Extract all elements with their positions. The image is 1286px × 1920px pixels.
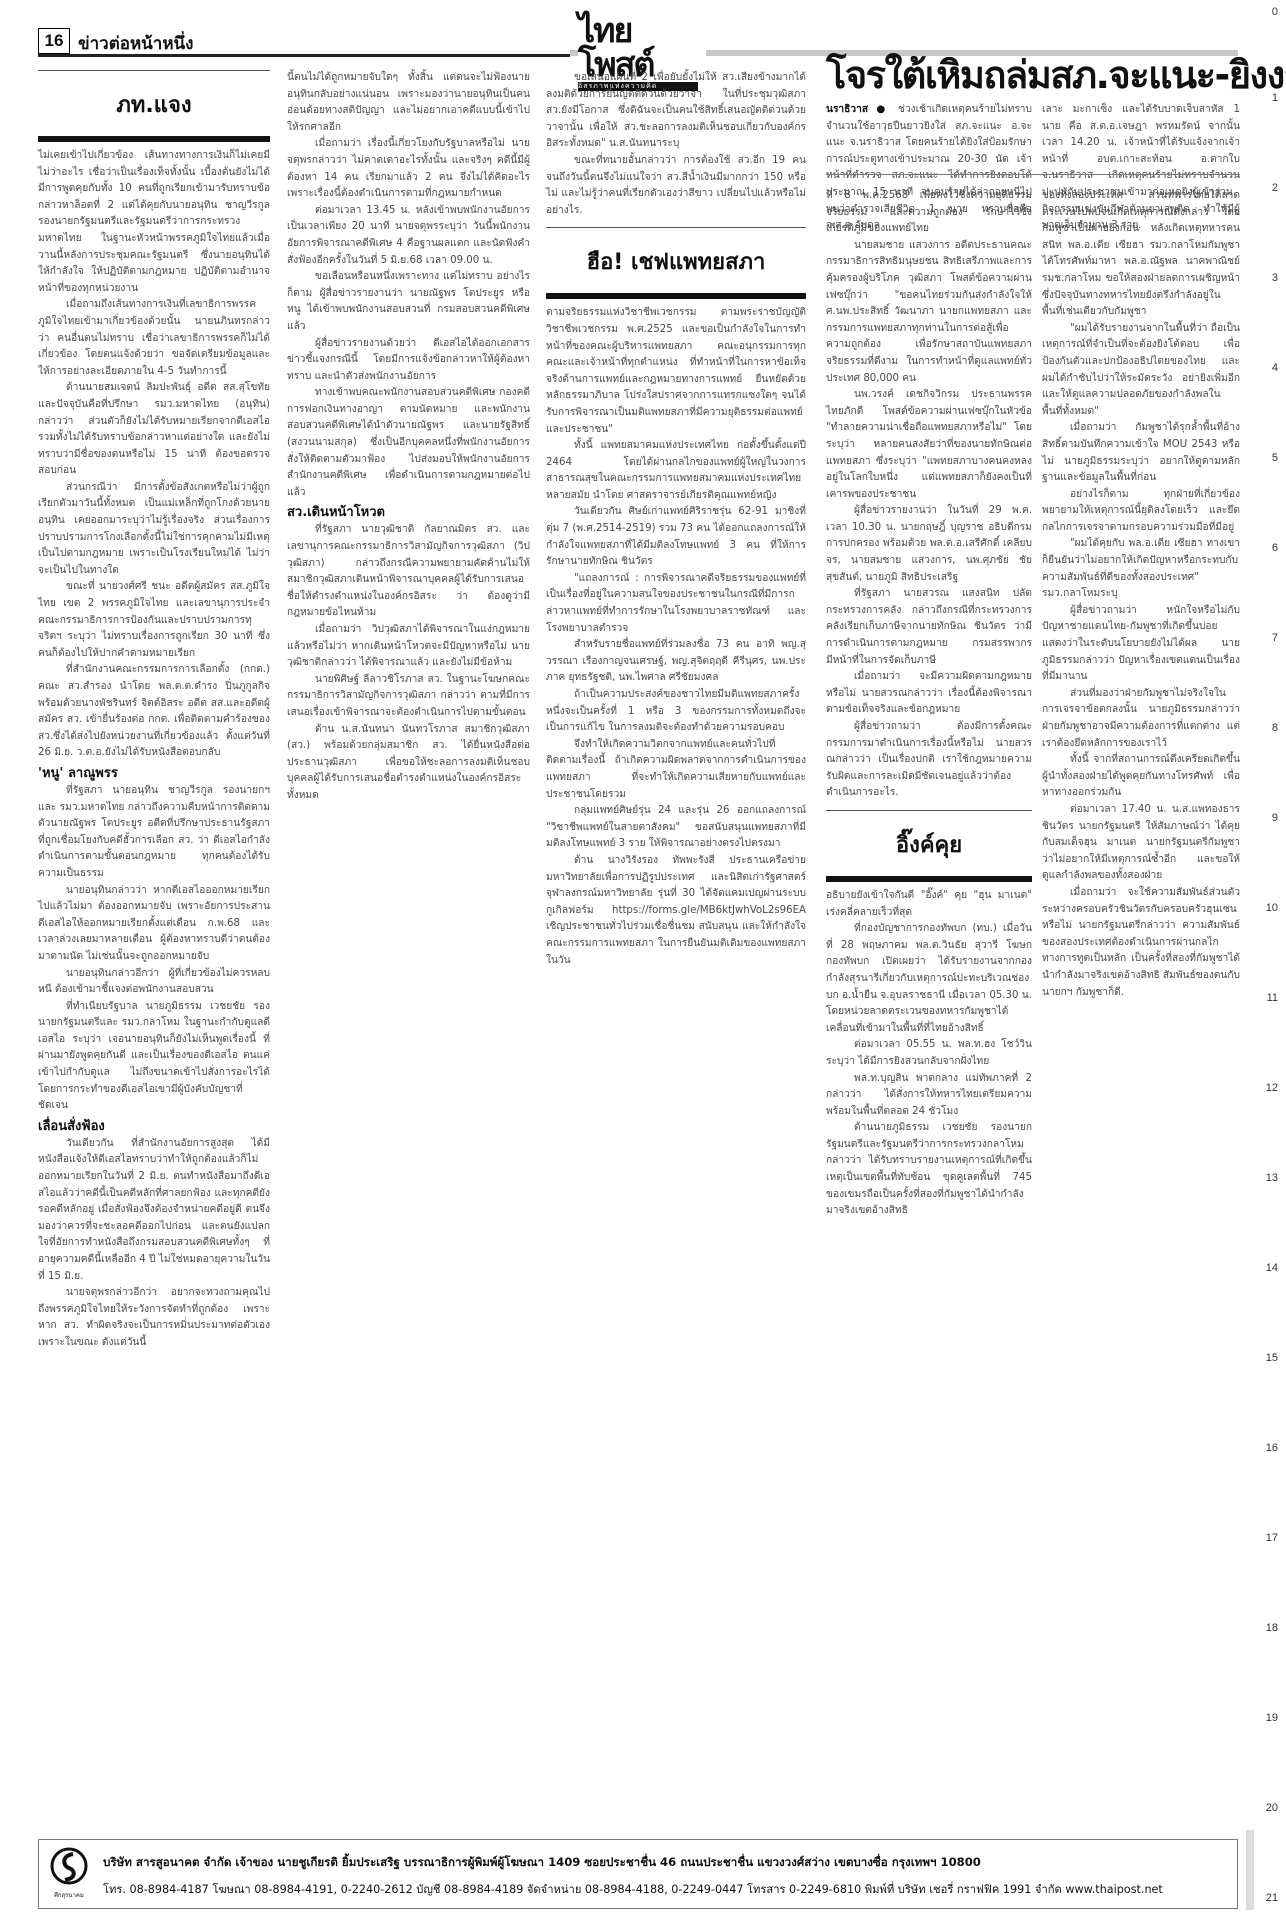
ruler-mark: 7: [1272, 632, 1278, 644]
article-paragraph: ต่อมาเวลา 05.55 น. พล.ท.ฮง โชว์วิน ระบุว…: [826, 1037, 1032, 1070]
article-paragraph: ต่อมาเวลา 17.40 น. น.ส.แพทองธาร ชินวัตร …: [1042, 802, 1240, 885]
ruler-mark: 20: [1266, 1802, 1278, 1814]
article-paragraph: ด้าน น.ส.นันทนา นันทวโรภาส สมาชิกวุฒิสภา…: [287, 722, 530, 805]
article-paragraph: ส่วนที่มองว่าฝ่ายกัมพูชาไม่จริงใจในการเจ…: [1042, 686, 1240, 752]
article-paragraph: ด้านนายภูมิธรรม เวชยชัย รองนายกรัฐมนตรีแ…: [826, 1120, 1032, 1220]
box-title: ภท.แจง: [38, 75, 270, 136]
newspaper-page: 16 ข่าวต่อหน้าหนึ่ง ไทยโพสต์ อิสรภาพแห่ง…: [0, 0, 1240, 1920]
subheading: สว.เดินหน้าโหวต: [287, 501, 530, 522]
article-paragraph: ต่อมาเวลา 13.45 น. หลังเข้าพบพนักงานอัยก…: [287, 203, 530, 269]
article-paragraph: ที่รัฐสภา นายวุฒิชาติ กัลยาณมิตร สว. และ…: [287, 522, 530, 622]
subheading: เลื่อนสั่งฟ้อง: [38, 1115, 270, 1136]
article-paragraph: ผู้สื่อข่าวถามว่า หนักใจหรือไม่กับปัญหาช…: [1042, 603, 1240, 686]
publisher-logo-icon: ศึกสุรนาคม: [49, 1846, 89, 1902]
article-paragraph: เมื่อถามถึงเส้นทางการเงินที่เลขาธิการพรร…: [38, 297, 270, 380]
svg-text:ศึกสุรนาคม: ศึกสุรนาคม: [54, 1892, 84, 1899]
article-paragraph: ที่สำนักงานคณะกรรมการการเลือกตั้ง (กกต.)…: [38, 662, 270, 762]
article-paragraph: นายอนุทินกล่าวอีกว่า ผู้ที่เกี่ยวข้องไม่…: [38, 966, 270, 999]
ruler-mark: 10: [1266, 902, 1278, 914]
ruler-mark: 21: [1266, 1892, 1278, 1904]
imprint-line-2: โทร. 08-8984-4187 โฆษณา 08-8984-4191, 0-…: [103, 1880, 1163, 1898]
divider: [826, 810, 1032, 811]
article-paragraph: ขอเสนอแผนที่ 2 เพื่อยับยั้งไม่ให้ สว.เสี…: [546, 70, 806, 153]
headline: โจรใต้เหิมถล่มสภ.จะแนะ-ยิงงานกีฬาสี: [826, 50, 1240, 100]
article-paragraph: นี้ตนไม่ได้ถูกหมายจับใดๆ ทั้งสิ้น แต่ตนจ…: [287, 70, 530, 136]
article-paragraph: ขณะที่ นายวงศ์ศรี ชนะ อดีตผู้สมัคร สส.ภู…: [38, 579, 270, 662]
divider-thick: [826, 876, 1032, 882]
ruler-mark: 8: [1272, 722, 1278, 734]
ruler-mark: 5: [1272, 452, 1278, 464]
article-paragraph: นายอนุทินกล่าวว่า หากดีเอสไอออกหมายเรียก…: [38, 883, 270, 966]
article-paragraph: "แถลงการณ์ : การพิจารณาคดีจริยธรรมของแพท…: [546, 571, 806, 637]
box-title: ฮือ! เชฟแพทยสภา: [546, 232, 806, 293]
article-paragraph: ส่วนกรณีว่า มีการตั้งข้อสังเกตหรือไม่ว่า…: [38, 480, 270, 580]
ruler-mark: 3: [1272, 272, 1278, 284]
divider-thick: [546, 293, 806, 299]
article-paragraph: เมื่อถามว่า จะมีความผิดตามกฎหมายหรือไม่ …: [826, 669, 1032, 719]
ruler-mark: 1: [1272, 92, 1278, 104]
article-paragraph: ทั้งนี้ แพทยสมาคมแห่งประเทศไทย ก่อตั้งขึ…: [546, 438, 806, 504]
article-paragraph: ตามจริยธรรมแห่งวิชาชีพเวชกรรม ตามพระราชบ…: [546, 305, 806, 438]
scroll-indicator: [1246, 1830, 1254, 1910]
imprint-line-1: บริษัท สารสูอนาคต จำกัด เจ้าของ นายชูเกี…: [103, 1854, 981, 1872]
column-1: ภท.แจง ไม่เคยเข้าไปเกี่ยวข้อง เส้นทางทาง…: [38, 70, 270, 1352]
publisher-imprint: ศึกสุรนาคม บริษัท สารสูอนาคต จำกัด เจ้าข…: [38, 1839, 1238, 1909]
ruler-mark: 15: [1266, 1352, 1278, 1364]
article-paragraph: ที่รัฐสภา นายอนุทิน ชาญวีรกูล รองนายกฯ แ…: [38, 783, 270, 883]
column-2: นี้ตนไม่ได้ถูกหมายจับใดๆ ทั้งสิ้น แต่ตนจ…: [287, 70, 530, 805]
column-3: ขอเสนอแผนที่ 2 เพื่อยับยั้งไม่ให้ สว.เสี…: [546, 70, 806, 969]
article-paragraph: ผู้สื่อข่าวรายงานว่า ในวันที่ 29 พ.ค. เว…: [826, 503, 1032, 586]
ruler-mark: 9: [1272, 812, 1278, 824]
divider: [546, 227, 806, 228]
article-paragraph: ถ้าเป็นความประสงค์ของชาวไทยมีมติแพทยสภาค…: [546, 687, 806, 737]
article-paragraph: ที่ 8 พ.ค.2568 เพื่อคงไว้ซึ่งความยุติธรร…: [826, 188, 1032, 238]
article-paragraph: ทางเข้าพบคณะพนักงานสอบสวนคดีพิเศษ กองคดี…: [287, 385, 530, 501]
ruler-mark: 17: [1266, 1532, 1278, 1544]
ruler-mark: 13: [1266, 1172, 1278, 1184]
article-paragraph: สำหรับรายชื่อแพทย์ที่ร่วมลงชื่อ 73 คน อา…: [546, 637, 806, 687]
article-paragraph: เมื่อถามว่า กัมพูชาได้รุกล้ำพื้นที่อ้างส…: [1042, 420, 1240, 486]
header-rule: [38, 54, 570, 57]
ruler-mark: 4: [1272, 362, 1278, 374]
article-paragraph: กลุ่มแพทย์ศิษย์รุ่น 24 และรุ่น 26 ออกแถล…: [546, 803, 806, 853]
box-title: อิ๊งค์คุย: [826, 815, 1032, 876]
ruler-mark: 16: [1266, 1442, 1278, 1454]
article-paragraph: นายพิศิษฐ์ ลีลาวชิโรภาส สว. ในฐานะโฆษกคณ…: [287, 672, 530, 722]
ruler-mark: 6: [1272, 542, 1278, 554]
ruler-mark: 12: [1266, 1082, 1278, 1094]
article-paragraph: ด้าน นางวิรังรอง ทัพพะรังสี ประธานเครือข…: [546, 853, 806, 969]
section-title: ข่าวต่อหน้าหนึ่ง: [78, 30, 193, 57]
article-paragraph: เมื่อถามว่า จะใช้ความสัมพันธ์ส่วนตัวระหว…: [1042, 885, 1240, 1001]
divider: [826, 174, 1240, 175]
article-paragraph: "ผมได้คุยกับ พล.อ.เตีย เซียฮา ทางเขาก็ยื…: [1042, 536, 1240, 602]
article-paragraph: ขณะที่ทนายอั้นกล่าวว่า การต้องใช้ สว.อีก…: [546, 153, 806, 219]
article-paragraph: ของทั้งสองประเทศ ส่วนทหารไทยได้ลาดตระเวน…: [1042, 188, 1240, 321]
page-ruler: 0 1 2 3 4 5 6 7 8 9 10 11 12 13 14 15 16…: [1246, 0, 1286, 1920]
article-paragraph: อธิบายยังเข้าใจกันดี "อิ๊งค์" คุย "ฮุน ม…: [826, 888, 1032, 921]
subheading: 'หนู' ลาณูพรร: [38, 762, 270, 783]
article-paragraph: ผู้สื่อข่าวถามว่า ต้องมีการตั้งคณะกรรมกา…: [826, 719, 1032, 802]
article-paragraph: วันเดียวกัน ศิษย์เก่าแพทย์ศิริราชรุ่น 62…: [546, 504, 806, 570]
dateline: นราธิวาส ●: [826, 104, 890, 115]
article-paragraph: ผู้สื่อข่าวรายงานด้วยว่า ดีเอสไอได้ออกเอ…: [287, 336, 530, 386]
article-paragraph: อย่างไรก็ตาม ทุกฝ่ายที่เกี่ยวข้องพยายามใ…: [1042, 487, 1240, 537]
article-paragraph: เมื่อถามว่า เรื่องนี้เกี่ยวโยงกับรัฐบาลห…: [287, 136, 530, 202]
divider: [38, 70, 270, 71]
article-paragraph: ด้านนายสมเจตน์ ลิมปะพันธุ์ อดีต สส.สุโขท…: [38, 380, 270, 480]
ruler-mark: 14: [1266, 1262, 1278, 1274]
article-paragraph: พล.ท.บุญสิน พาดกลาง แม่ทัพภาคที่ 2 กล่าว…: [826, 1071, 1032, 1121]
column-4: ที่ 8 พ.ค.2568 เพื่อคงไว้ซึ่งความยุติธรร…: [826, 188, 1032, 1220]
article-paragraph: "ผมได้รับรายงานจากในพื้นที่ว่า ถือเป็นเห…: [1042, 321, 1240, 421]
article-paragraph: ที่รัฐสภา นายสวรณ แสงสนิท ปลัดกระทรวงการ…: [826, 586, 1032, 669]
article-paragraph: นายสมชาย แสวงการ อดีตประธานคณะกรรมาธิการ…: [826, 238, 1032, 387]
thaipost-logo: ไทยโพสต์ อิสรภาพแห่งความคิด: [578, 14, 706, 58]
article-paragraph: ไม่เคยเข้าไปเกี่ยวข้อง เส้นทางทางการเงิน…: [38, 148, 270, 297]
ruler-mark: 2: [1272, 182, 1278, 194]
article-paragraph: ที่ทำเนียบรัฐบาล นายภูมิธรรม เวชยชัย รอง…: [38, 999, 270, 1115]
divider-thick: [38, 136, 270, 142]
ruler-mark: 11: [1267, 992, 1278, 1004]
article-paragraph: ขอเลือนหรือนหนึ่งเพราะทาง แต่ไม่ทราบ อย่…: [287, 269, 530, 335]
column-5: ของทั้งสองประเทศ ส่วนทหารไทยได้ลาดตระเวน…: [1042, 188, 1240, 1001]
article-paragraph: นายจตุพรกล่าวอีกว่า อยากจะทวงถามคุณไปถึง…: [38, 1285, 270, 1351]
article-paragraph: ที่กองบัญชาการกองทัพบก (ทบ.) เมื่อวันที่…: [826, 921, 1032, 1037]
article-paragraph: จึงทำให้เกิดความวิตกจากแพทย์และคนทั่วไปท…: [546, 737, 806, 803]
article-paragraph: เมื่อถามว่า วิปวุฒิสภาได้พิจารณาในแง่กฎห…: [287, 622, 530, 672]
page-number: 16: [38, 28, 70, 54]
ruler-mark: 19: [1266, 1712, 1278, 1724]
article-paragraph: วันเดียวกัน ที่สำนักงานอัยการสูงสุด ได้ม…: [38, 1136, 270, 1285]
article-paragraph: ทั้งนี้ จากที่สถานการณ์ตึงเครียดเกิดขึ้น…: [1042, 752, 1240, 802]
article-paragraph: นพ.วรงค์ เดชกิจวิกรม ประธานพรรคไทยภักดี …: [826, 387, 1032, 503]
ruler-mark: 0: [1272, 6, 1278, 18]
ruler-mark: 18: [1266, 1622, 1278, 1634]
